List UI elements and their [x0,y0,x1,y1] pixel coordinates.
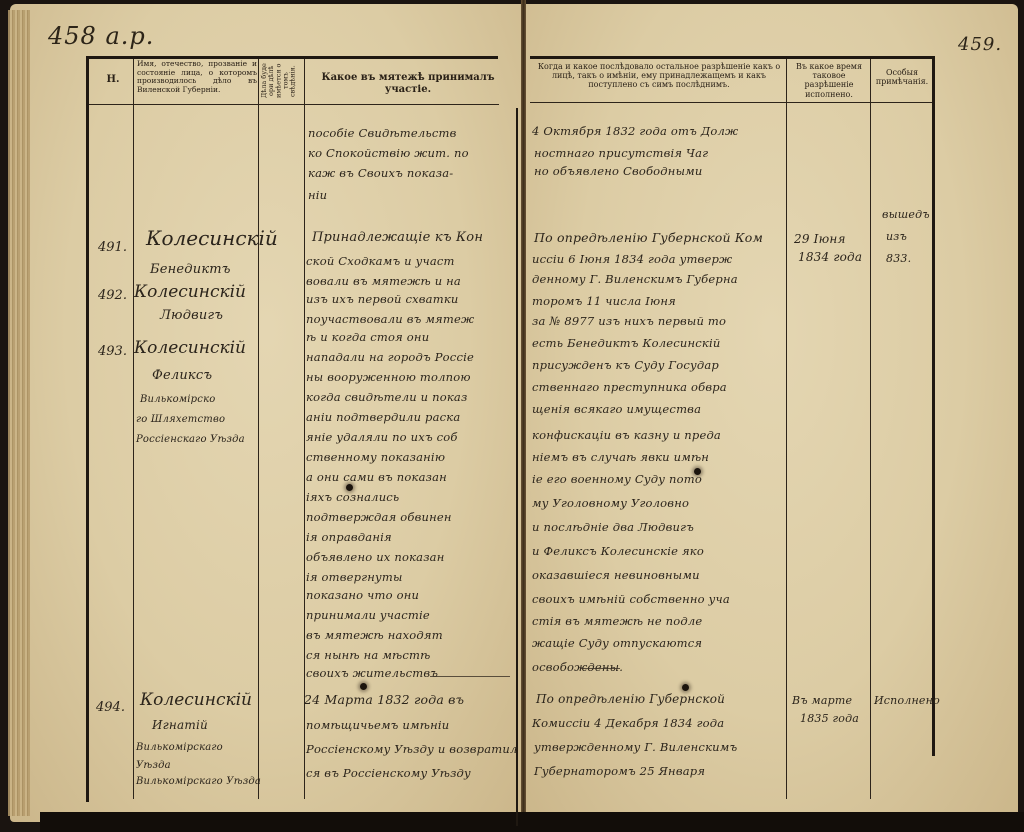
folio-left: 458 а.р. [48,22,154,50]
resolution-line: своихъ имѣній собственно уча [532,592,730,606]
header-executed-when: Въ какое время таковое разрѣшеніе исполн… [789,62,869,99]
resolution-line: жащіе Суду отпускаются [532,636,702,650]
participation-line: подтверждая обвинен [306,510,452,524]
resolution-line: и послѣдніе два Людвигъ [532,520,694,534]
entry-number: 491. [98,240,127,255]
left-col-case-rule [304,59,305,799]
participation-line: ко Спокойствію жит. по [308,146,469,160]
participation-line: ской Сходкамъ и участ [306,254,455,268]
resolution-line: присужденъ къ Суду Государ [532,358,719,372]
header-name: Имя, отечество, прозваніе и состояніе ли… [137,60,257,95]
participation-line: пособіе Свидѣтельств [308,126,457,140]
executed-date-line: 1835 года [800,712,859,725]
resolution-line: утвержденному Г. Виленскимъ [534,740,737,754]
resolution-line: освобождены. [532,660,623,674]
participation-line: вовали въ мятежѣ и на [306,274,461,288]
resolution-line: ніемъ въ случаѣ явки имѣн [532,450,709,464]
resolution-line: конфискаціи въ казну и преда [532,428,721,442]
header-case: Дѣла буде ори дѣлѣ имѣется о томъ свѣдѣн… [261,60,301,102]
left-inner-rule [516,108,518,826]
participation-line: поучаствовали въ мятеж [306,312,474,326]
open-register-book: 458 а.р. 459. Н. Имя, отечество, прозван… [0,0,1024,832]
header-number: Н. [96,74,130,86]
resolution-line: щенія всякаго имущества [532,402,701,416]
participation-line: своихъ жительствъ [306,666,438,680]
entry-surname: Колесинскій [140,690,252,710]
participation-line: Принадлежащіе къ Кон [312,230,483,245]
participation-line: нападали на городъ Россіе [306,350,474,364]
header-notes: Особыя примѣчанія. [873,68,931,86]
right-outer-rule [932,56,935,756]
resolution-line: денному Г. Виленскимъ Губерна [532,272,738,286]
entry-extra-line: Россіенскаго Уѣзда [136,434,245,445]
resolution-line: оказавшіеся невиновными [532,568,700,582]
participation-line: ся въ Россіенскому Уѣзду [306,766,471,780]
participation-line: ѣ и когда стоя они [306,330,429,344]
resolution-line: есть Бенедиктъ Колесинскій [532,336,720,350]
participation-line: 24 Марта 1832 года въ [304,692,464,707]
left-col-name-rule [258,59,259,799]
entry-number: 492. [98,288,127,303]
participation-line: ія отвергнуты [306,570,403,584]
resolution-line: но объявлено Свободными [534,164,702,178]
participation-line: когда свидѣтели и показ [306,390,467,404]
participation-line: аніи подтвердили раска [306,410,460,424]
entry-number: 493. [98,344,127,359]
participation-line: ственному показанію [306,450,445,464]
entry-extra-line: Вилькомірско [140,394,215,405]
ink-spot [360,683,367,690]
resolution-line: и Феликсъ Колесинскіе яко [532,544,704,558]
resolution-line: иссіи 6 Іюня 1834 года утверж [532,252,732,266]
participation-line: изъ ихъ первой схватки [306,292,459,306]
right-col-resolution-rule [786,59,787,799]
page-edges [8,10,30,816]
participation-line: іяхъ сознались [306,490,399,504]
note-line: Исполнено [874,694,940,707]
entry-given-name: Игнатій [152,718,208,732]
resolution-line: 4 Октября 1832 года отъ Долж [532,124,738,138]
header-resolution: Когда и какое послѣдовало остальное разр… [536,62,782,90]
note-line: 833. [886,252,911,265]
header-participation: Какое въ мятежѣ принималъ участіе. [308,72,508,95]
entry-given-name: Бенедиктъ [150,262,231,277]
bottom-shadow [40,812,1024,832]
book-spine [521,0,526,832]
right-header-bottom-rule [530,102,934,103]
resolution-line: Губернаторомъ 25 Января [534,764,705,778]
resolution-line: торомъ 11 числа Іюня [532,294,676,308]
ink-spot [346,484,353,491]
participation-line: ніи [308,188,327,202]
entry-extra-line: Уѣзда [136,760,171,771]
resolution-line: за № 8977 изъ нихъ первый то [532,314,726,328]
resolution-line: Комиссіи 4 Декабря 1834 года [532,716,724,730]
participation-line: помѣщичьемъ имѣніи [306,718,449,732]
participation-line: а они сами въ показан [306,470,447,484]
resolution-line: іе его военному Суду пото [532,472,702,486]
participation-line: принимали участіе [306,608,430,622]
entry-given-name: Людвигъ [160,308,223,323]
participation-line: объявлено их показан [306,550,445,564]
entry-surname: Колесинскій [134,282,246,302]
entry-surname: Колесинскій [134,338,246,358]
resolution-line: му Уголовному Уголовно [532,496,689,510]
entry-extra-line: го Шляхетство [136,414,225,425]
entry-end-stroke [580,668,620,669]
resolution-line: стія въ мятежѣ не подле [532,614,702,628]
left-outer-rule [86,56,89,802]
participation-line: яніе удаляли по ихъ соб [306,430,458,444]
note-line: изъ [886,230,907,243]
participation-line: Россіенскому Уѣзду и возвратил [306,742,518,756]
resolution-line: По опредѣленію Губернской Ком [534,230,763,245]
entry-end-stroke [430,676,510,677]
executed-date-line: 1834 года [798,250,862,264]
left-header-bottom-rule [89,104,499,105]
participation-line: ія оправданія [306,530,392,544]
ink-spot [694,468,701,475]
participation-line: каж въ Своихъ показа- [308,166,453,180]
resolution-line: ственнаго преступника обвра [532,380,727,394]
entry-extra-line: Вилькомірскаго Уѣзда [136,776,261,787]
executed-date-line: Въ марте [792,694,852,707]
ink-spot [682,684,689,691]
resolution-line: По опредѣленію Губернской [536,692,725,706]
participation-line: показано что они [306,588,419,602]
participation-line: ся нынѣ на мѣстѣ [306,648,431,662]
entry-surname: Колесинскій [146,226,278,250]
executed-date-line: 29 Іюня [794,232,846,246]
participation-line: въ мятежѣ находят [306,628,443,642]
entry-number: 494. [96,700,125,715]
note-line: вышедъ [882,208,930,221]
right-col-executed-rule [870,59,871,799]
entry-given-name: Феликсъ [152,368,212,383]
right-top-rule [530,56,934,59]
folio-right: 459. [958,34,1002,55]
resolution-line: ностнаго присутствія Чаг [534,146,708,160]
left-col-num-rule [133,59,134,799]
participation-line: ны вооруженною толпою [306,370,471,384]
entry-extra-line: Вилькомірскаго [136,742,223,753]
